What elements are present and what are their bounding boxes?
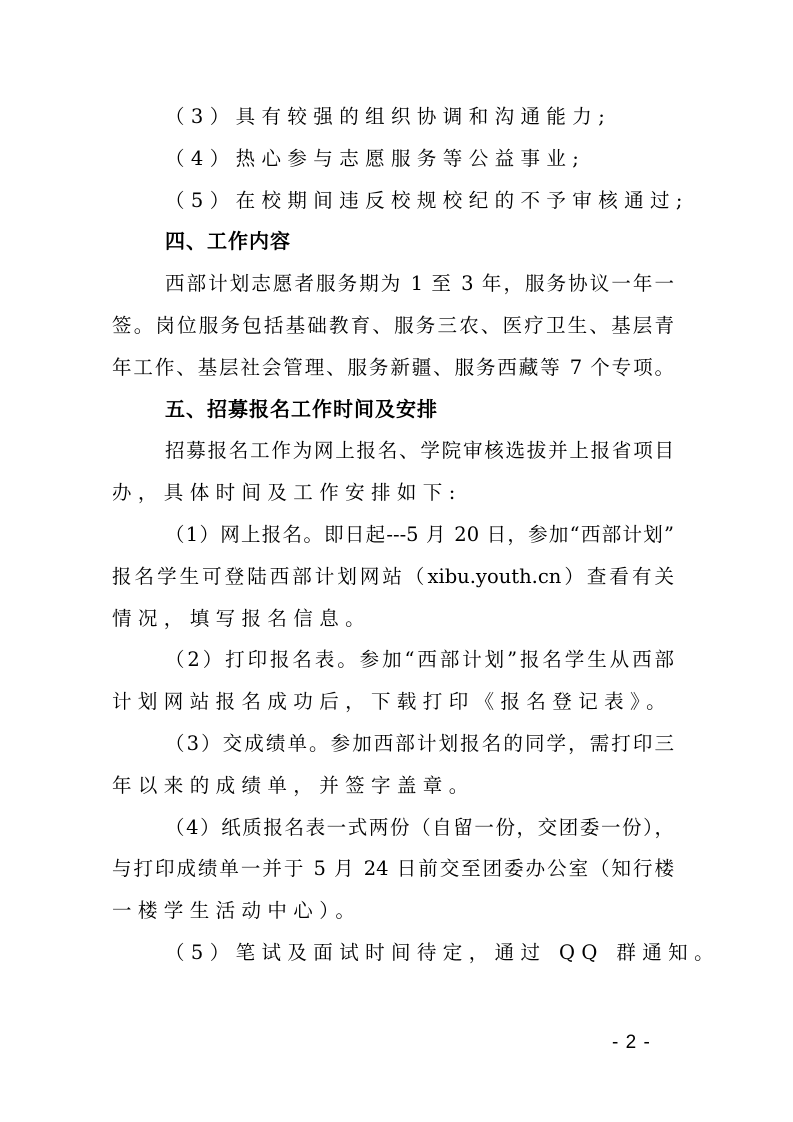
schedule-item-3: （3）交成绩单。参加西部计划报名的同学，需打印三 xyxy=(112,723,674,765)
paragraph-line: 计划网站报名成功后，下载打印《报名登记表》。 xyxy=(112,681,674,723)
requirement-item-5: （5）在校期间违反校规校纪的不予审核通过; xyxy=(112,180,674,222)
schedule-item-5: （5）笔试及面试时间待定，通过 QQ 群通知。 xyxy=(112,932,674,974)
schedule-item-4: （4）纸质报名表一式两份（自留一份，交团委一份）， xyxy=(112,807,674,849)
schedule-item-1: （1）网上报名。即日起---5 月 20 日，参加“西部计划” xyxy=(112,514,674,556)
paragraph-line: 一楼学生活动中心）。 xyxy=(112,890,674,932)
page-number: - 2 - xyxy=(612,1032,651,1054)
section-heading-work-content: 四、工作内容 xyxy=(112,221,674,263)
paragraph-line: 招募报名工作为网上报名、学院审核选拔并上报省项目 xyxy=(112,430,674,472)
paragraph-line: 年以来的成绩单，并签字盖章。 xyxy=(112,765,674,807)
requirement-item-4: （4）热心参与志愿服务等公益事业; xyxy=(112,138,674,180)
paragraph-line: 与打印成绩单一并于 5 月 24 日前交至团委办公室（知行楼 xyxy=(112,848,674,890)
document-page: （3）具有较强的组织协调和沟通能力; （4）热心参与志愿服务等公益事业; （5）… xyxy=(0,0,793,1122)
paragraph-line: 情况，填写报名信息。 xyxy=(112,598,674,640)
requirement-item-3: （3）具有较强的组织协调和沟通能力; xyxy=(112,96,674,138)
section-heading-recruitment-schedule: 五、招募报名工作时间及安排 xyxy=(112,389,674,431)
document-body: （3）具有较强的组织协调和沟通能力; （4）热心参与志愿服务等公益事业; （5）… xyxy=(112,96,674,974)
paragraph-line: 办，具体时间及工作安排如下: xyxy=(112,472,674,514)
paragraph-line: 西部计划志愿者服务期为 1 至 3 年，服务协议一年一 xyxy=(112,263,674,305)
paragraph-line: 报名学生可登陆西部计划网站（xibu.youth.cn）查看有关 xyxy=(112,556,674,598)
schedule-item-2: （2）打印报名表。参加“西部计划”报名学生从西部 xyxy=(112,639,674,681)
paragraph-line: 签。岗位服务包括基础教育、服务三农、医疗卫生、基层青 xyxy=(112,305,674,347)
paragraph-line: 年工作、基层社会管理、服务新疆、服务西藏等 7 个专项。 xyxy=(112,347,674,389)
